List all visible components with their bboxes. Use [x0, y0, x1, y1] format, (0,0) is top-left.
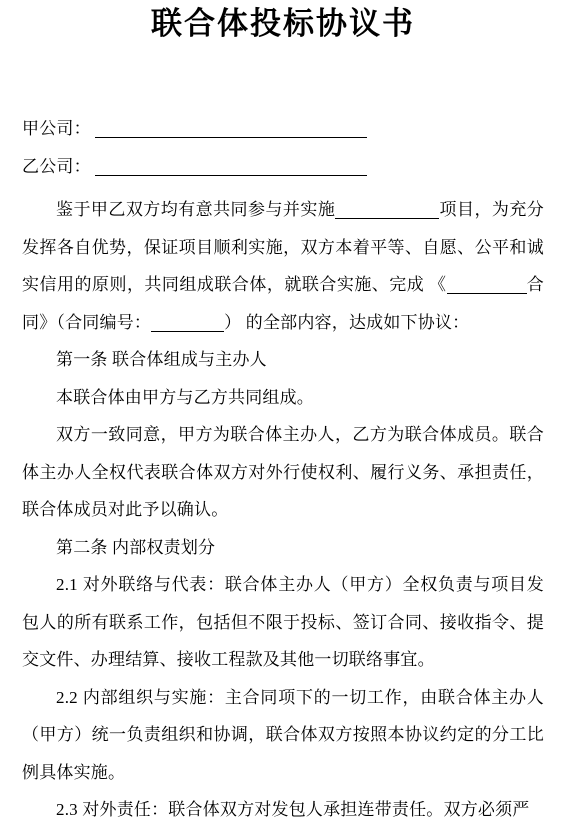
party-b-blank-line[interactable] — [95, 175, 367, 176]
article-2-heading: 第二条 内部权责划分 — [22, 529, 544, 567]
clause-2-3: 2.3 对外责任：联合体双方对发包人承担连带责任。双方必须严 — [22, 791, 544, 826]
contract-name-blank-line[interactable] — [447, 293, 527, 294]
party-b-label: 乙公司： — [22, 157, 91, 176]
document-title: 联合体投标协议书 — [22, 4, 544, 44]
project-name-blank-line[interactable] — [335, 218, 439, 219]
party-a-blank-line[interactable] — [95, 137, 367, 138]
article-1-clause-2: 双方一致同意，甲方为联合体主办人，乙方为联合体成员。联合体主办人全权代表联合体双… — [22, 416, 544, 529]
article-1-heading: 第一条 联合体组成与主办人 — [22, 341, 544, 379]
document-page: 联合体投标协议书 甲公司： 乙公司： 鉴于甲乙双方均有意共同参与并实施项目，为充… — [0, 0, 569, 826]
preamble-paragraph: 鉴于甲乙双方均有意共同参与并实施项目，为充分发挥各自优势，保证项目顺利实施，双方… — [22, 191, 544, 341]
preamble-text-4: ） 的全部内容，达成如下协议： — [224, 313, 469, 332]
clause-2-1: 2.1 对外联络与代表：联合体主办人（甲方）全权负责与项目发包人的所有联系工作，… — [22, 566, 544, 679]
article-1-clause-1: 本联合体由甲方与乙方共同组成。 — [22, 379, 544, 417]
preamble-text-1: 鉴于甲乙双方均有意共同参与并实施 — [56, 200, 335, 219]
party-a-line: 甲公司： — [22, 110, 544, 148]
party-b-line: 乙公司： — [22, 148, 544, 186]
contract-number-blank-line[interactable] — [151, 331, 224, 332]
party-fields: 甲公司： 乙公司： — [22, 110, 544, 185]
clause-2-2: 2.2 内部组织与实施：主合同项下的一切工作，由联合体主办人（甲方）统一负责组织… — [22, 679, 544, 792]
party-a-label: 甲公司： — [22, 119, 91, 138]
